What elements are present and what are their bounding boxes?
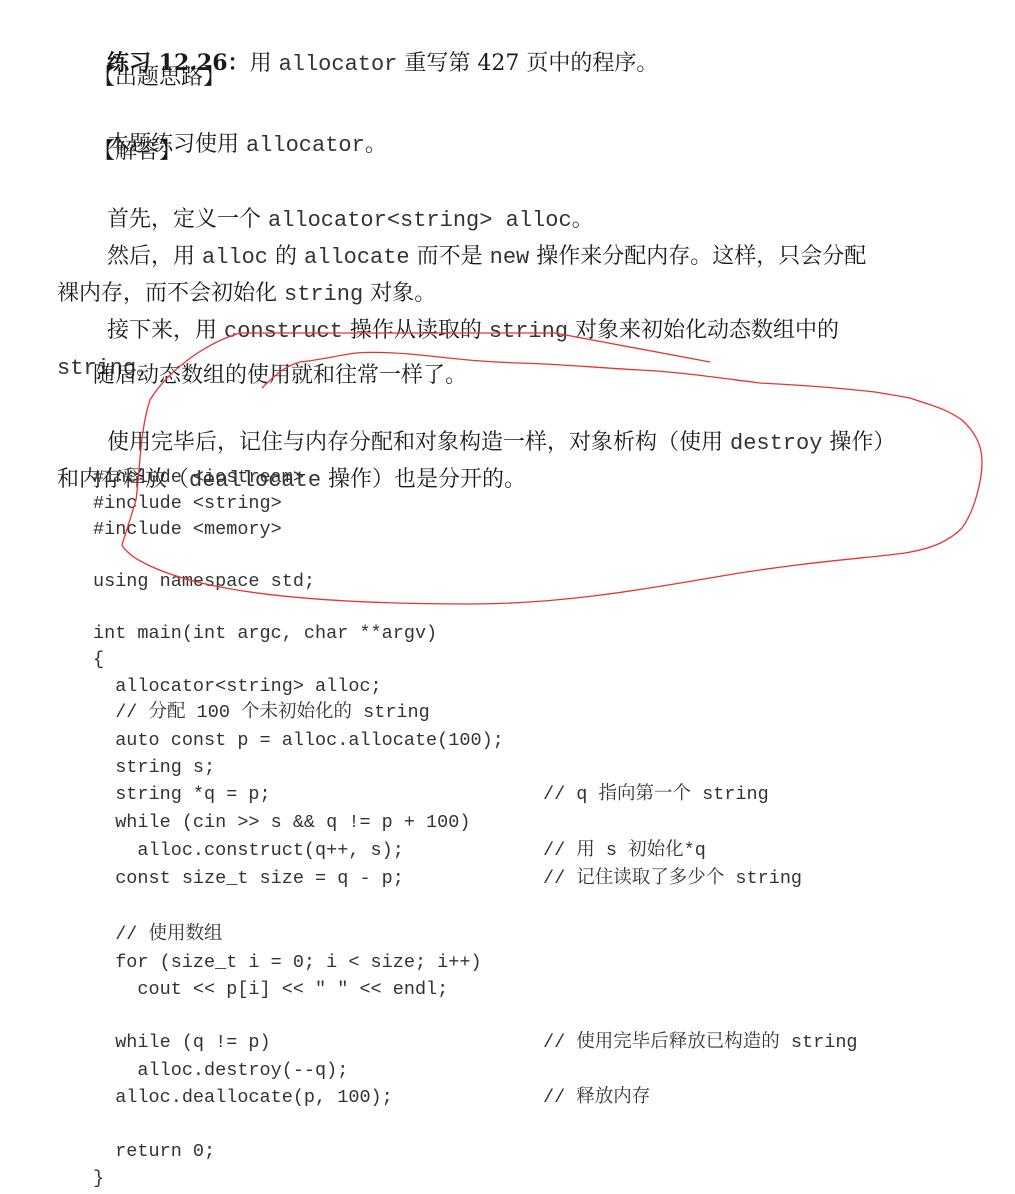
code-line: alloc.destroy(--q); (93, 1058, 348, 1084)
p3-code-construct: construct (224, 319, 343, 344)
code-line: using namespace std; (93, 569, 315, 595)
p3-code-string: string (489, 319, 568, 344)
code-line: { (93, 647, 104, 673)
code-line: // 使用数组 (93, 922, 223, 948)
idea-text-post: 。 (365, 132, 387, 157)
p3-mid: 操作从读取的 (343, 318, 489, 343)
code-line: auto const p = alloc.allocate(100); (93, 728, 504, 754)
exercise-text: 用 (250, 51, 279, 76)
code-line: return 0; (93, 1139, 215, 1165)
p2-code-new: new (490, 245, 530, 270)
p5-post: 操作） (822, 430, 895, 455)
code-comment: // 使用完毕后释放已构造的 string (543, 1030, 858, 1056)
code-line: int main(int argc, char **argv) (93, 621, 437, 647)
p5-l2-post: 操作）也是分开的。 (321, 467, 526, 492)
code-line: #include <string> (93, 491, 282, 517)
paragraph-3-line-1: 接下来，用 construct 操作从读取的 string 对象来初始化动态数组… (93, 286, 839, 347)
p3-post: 对象来初始化动态数组中的 (568, 318, 839, 343)
code-line: while (q != p) (93, 1030, 271, 1056)
code-line: #include <iostream> (93, 465, 304, 491)
code-comment: // 释放内存 (543, 1085, 650, 1111)
code-line: for (size_t i = 0; i < size; i++) (93, 950, 482, 976)
p2-post: 操作来分配内存。这样，只会分配 (529, 244, 866, 269)
code-line: alloc.deallocate(p, 100); (93, 1085, 393, 1111)
p5-code-destroy: destroy (730, 431, 822, 456)
code-line: } (93, 1166, 104, 1192)
exercise-text-post: 重写第 427 页中的程序。 (397, 51, 658, 76)
answer-heading: 【解答】 (93, 137, 181, 167)
code-line: while (cin >> s && q != p + 100) (93, 810, 470, 836)
idea-code: allocator (246, 133, 365, 158)
code-comment: // 记住读取了多少个 string (543, 866, 802, 892)
paragraph-4: 随后动态数组的使用就和往常一样了。 (93, 361, 467, 391)
code-comment: // q 指向第一个 string (543, 782, 769, 808)
code-line: const size_t size = q - p; (93, 866, 404, 892)
code-line: alloc.construct(q++, s); (93, 838, 404, 864)
code-line: cout << p[i] << " " << endl; (93, 977, 448, 1003)
idea-heading: 【出题思路】 (93, 63, 225, 93)
code-comment: // 用 s 初始化*q (543, 838, 706, 864)
code-line: #include <memory> (93, 517, 282, 543)
code-line: string s; (93, 755, 215, 781)
code-line: // 分配 100 个未初始化的 string (93, 700, 430, 726)
code-line: string *q = p; (93, 782, 271, 808)
code-line: allocator<string> alloc; (93, 674, 382, 700)
exercise-code-term: allocator (279, 52, 398, 77)
